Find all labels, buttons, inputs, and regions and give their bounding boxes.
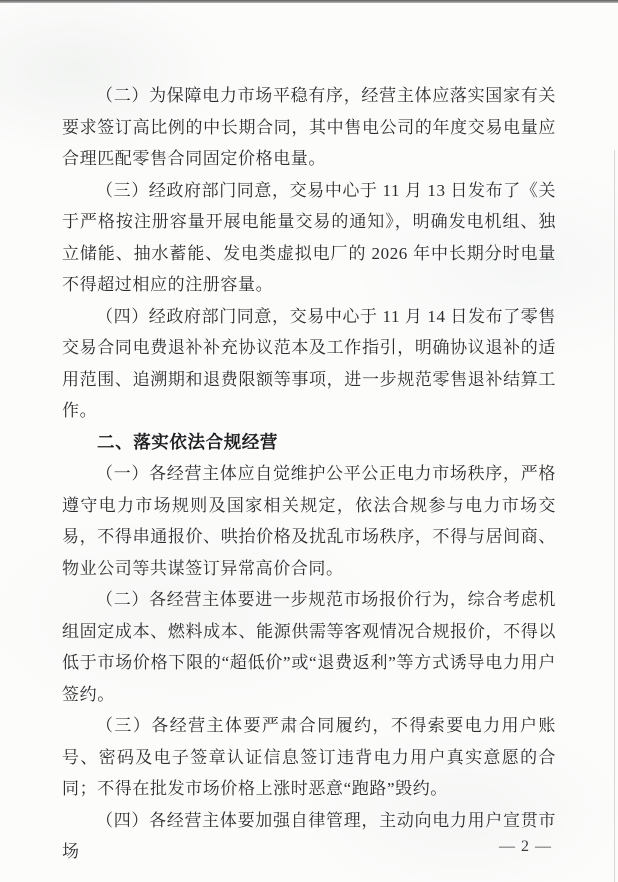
paragraph: （四）经政府部门同意，交易中心于 11 月 14 日发布了零售交易合同电费退补补… xyxy=(62,301,556,427)
paragraph: （三）各经营主体要严肃合同履约，不得索要电力用户账号、密码及电子签章认证信息签订… xyxy=(62,710,556,805)
section-heading: 二、落实依法合规经营 xyxy=(62,427,556,459)
paragraph: （二）为保障电力市场平稳有序，经营主体应落实国家有关要求签订高比例的中长期合同，… xyxy=(62,80,556,175)
paragraph: （三）经政府部门同意，交易中心于 11 月 13 日发布了《关于严格按注册容量开… xyxy=(62,175,556,301)
scan-edge-top xyxy=(0,0,618,3)
scan-edge-right xyxy=(614,150,615,882)
page-number: — 2 — xyxy=(499,838,552,856)
paragraph: （二）各经营主体要进一步规范市场报价行为，综合考虑机组固定成本、燃料成本、能源供… xyxy=(62,584,556,710)
document-page: （二）为保障电力市场平稳有序，经营主体应落实国家有关要求签订高比例的中长期合同，… xyxy=(0,0,618,882)
document-body: （二）为保障电力市场平稳有序，经营主体应落实国家有关要求签订高比例的中长期合同，… xyxy=(62,80,556,868)
paragraph: （一）各经营主体应自觉维护公平公正电力市场秩序，严格遵守电力市场规则及国家相关规… xyxy=(62,458,556,584)
paragraph: （四）各经营主体要加强自律管理，主动向电力用户宣贯市场 xyxy=(62,805,556,868)
